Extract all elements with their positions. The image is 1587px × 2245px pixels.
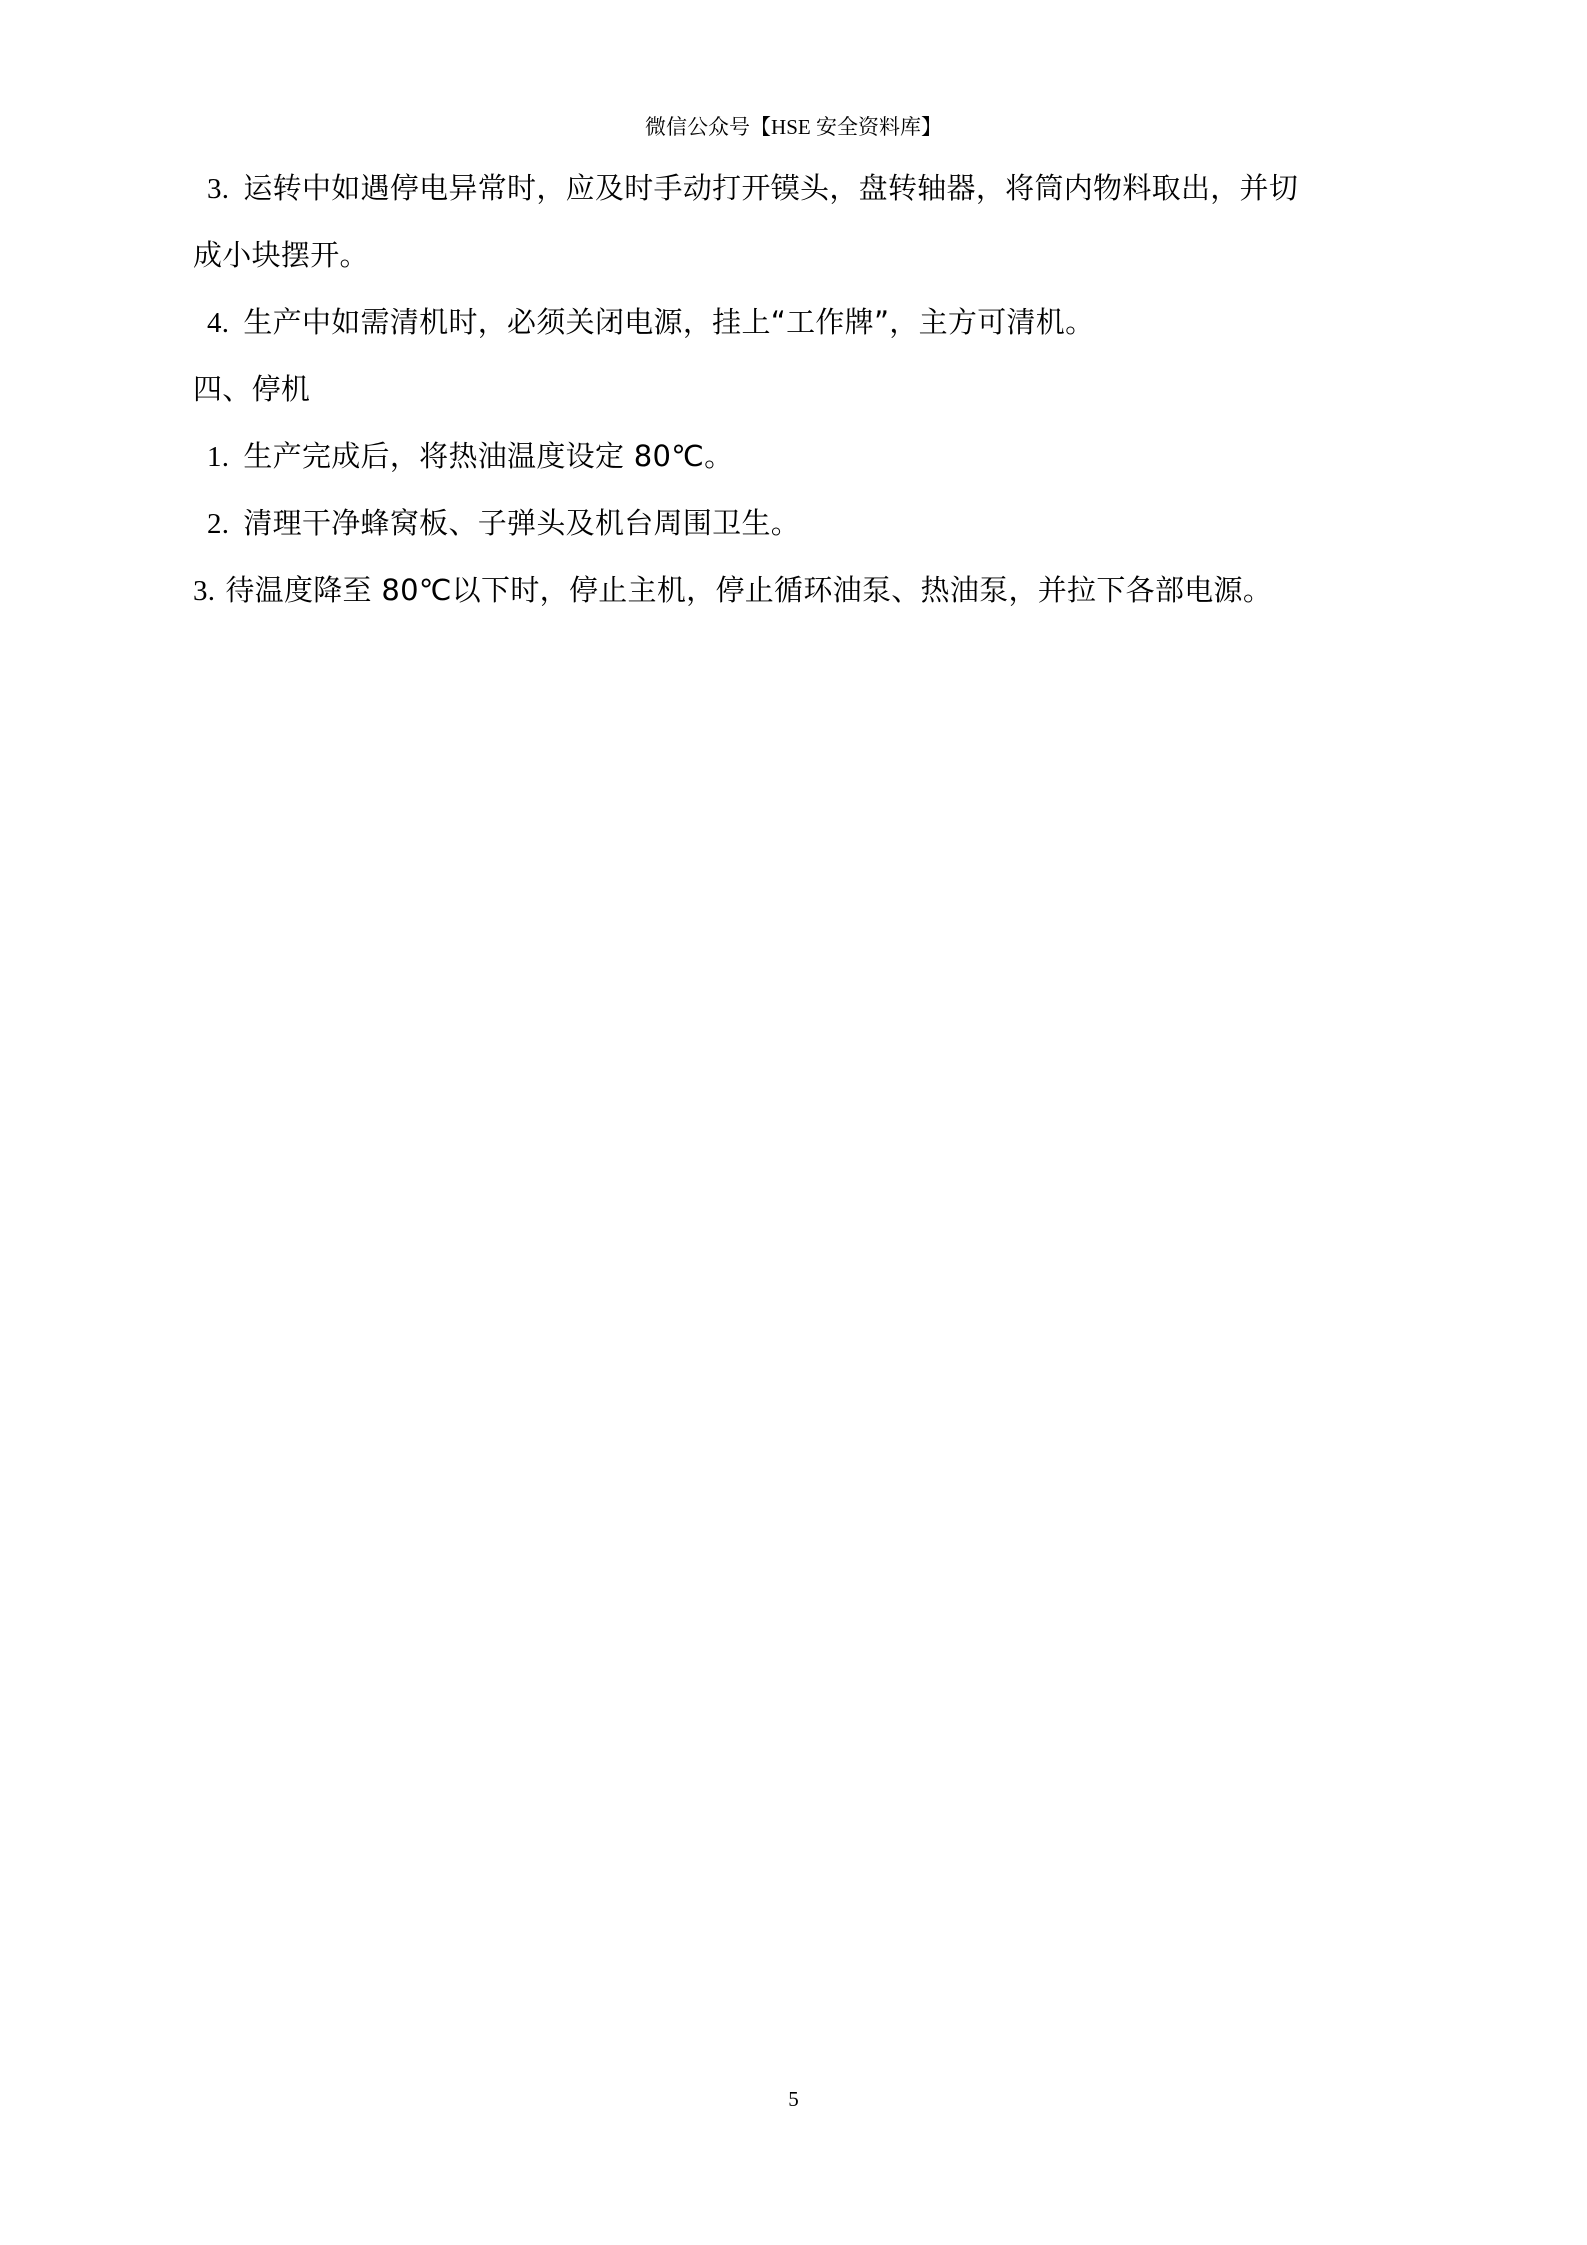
list-number: 3. — [193, 568, 215, 614]
list-text: 待温度降至 80℃以下时，停止主机，停止循环油泵、热油泵，并拉下各部电源。 — [225, 573, 1272, 607]
list-number: 3. — [207, 166, 229, 212]
list-item-3-startup-power-failure: 3.运转中如遇停电异常时，应及时手动打开镆头，盘转轴器，将筒内物料取出，并切 — [193, 165, 1418, 211]
list-item-3-stop-machine: 3.待温度降至 80℃以下时，停止主机，停止循环油泵、热油泵，并拉下各部电源。 — [193, 567, 1418, 613]
list-item-1-set-temperature: 1.生产完成后，将热油温度设定 80℃。 — [193, 433, 1418, 479]
section-title: 四、停机 — [193, 372, 310, 406]
list-text: 成小块摆开。 — [193, 238, 369, 272]
list-number: 2. — [207, 501, 229, 547]
list-item-continuation: 成小块摆开。 — [193, 232, 1418, 278]
list-text: 运转中如遇停电异常时，应及时手动打开镆头，盘转轴器，将筒内物料取出，并切 — [243, 171, 1298, 205]
page-header: 微信公众号【HSE 安全资料库】 — [0, 112, 1587, 142]
list-text: 生产完成后，将热油温度设定 80℃。 — [243, 439, 733, 473]
list-text: 生产中如需清机时，必须关闭电源，挂上“工作牌”，主方可清机。 — [243, 305, 1094, 339]
list-number: 1. — [207, 434, 229, 480]
list-item-2-clean-up: 2.清理干净蜂窝板、子弹头及机台周围卫生。 — [193, 500, 1418, 546]
document-body: 3.运转中如遇停电异常时，应及时手动打开镆头，盘转轴器，将筒内物料取出，并切 成… — [193, 165, 1418, 634]
section-heading-shutdown: 四、停机 — [193, 366, 1418, 412]
list-text: 清理干净蜂窝板、子弹头及机台周围卫生。 — [243, 506, 800, 540]
list-item-4-cleaning: 4.生产中如需清机时，必须关闭电源，挂上“工作牌”，主方可清机。 — [193, 299, 1418, 345]
page-number: 5 — [0, 2084, 1587, 2114]
list-number: 4. — [207, 300, 229, 346]
